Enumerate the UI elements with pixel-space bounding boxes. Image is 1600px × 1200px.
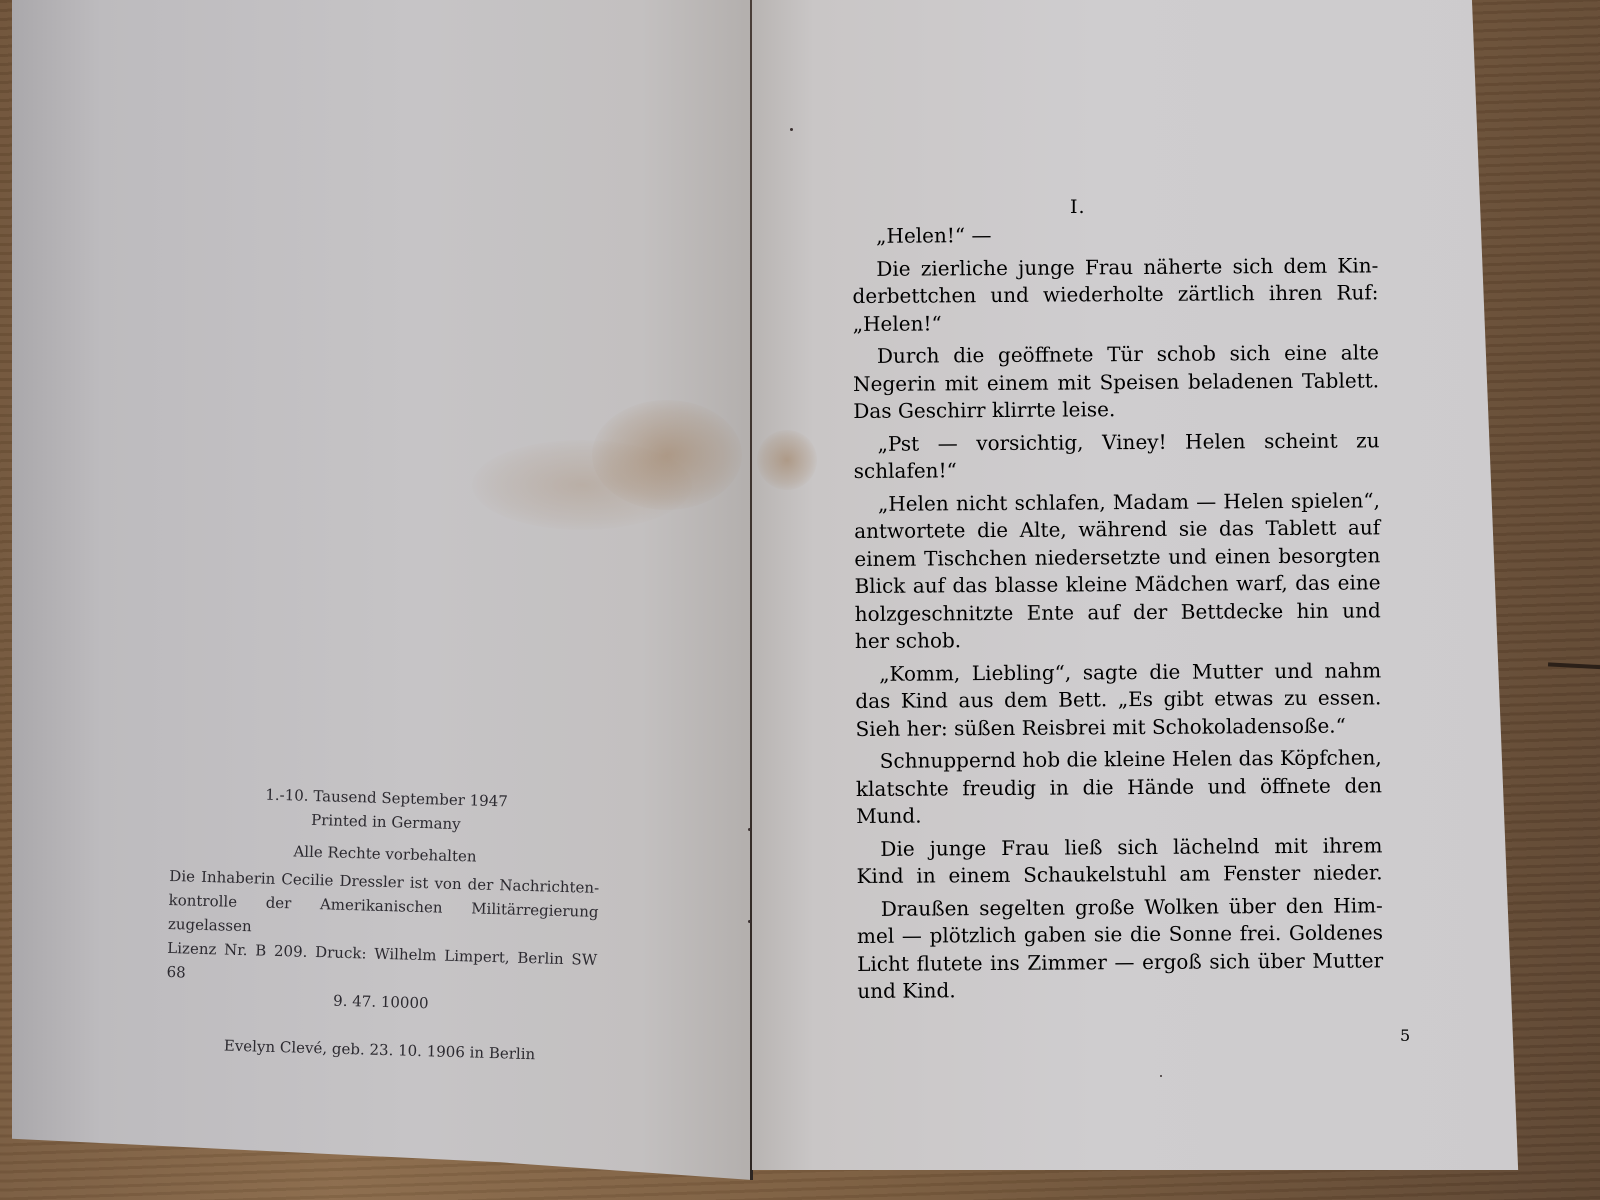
- text-line: einem Tischchen niedersetzte und einen b…: [830, 542, 1380, 573]
- paragraph: Schnuppernd hob die kleine Helen das Köp…: [832, 744, 1383, 830]
- paragraph: „Pst — vorsichtig, Viney! Helen scheint …: [829, 427, 1379, 486]
- text-line: „Komm, Liebling“, sagte die Mutter und n…: [831, 657, 1381, 688]
- text-line: Sieh her: süßen Reisbrei mit Schokoladen…: [831, 712, 1381, 743]
- text-line: Schnuppernd hob die kleine Helen das Köp…: [832, 744, 1382, 775]
- left-page: 1.-10. Tausend September 1947 Printed in…: [12, 0, 752, 1180]
- paper-speck: [748, 920, 751, 923]
- paper-speck: [1160, 1075, 1162, 1077]
- text-line: Die junge Frau ließ sich lächelnd mit ih…: [832, 832, 1382, 863]
- paragraph: Die junge Frau ließ sich lächelnd mit ih…: [832, 832, 1382, 891]
- paper-speck: [748, 828, 751, 831]
- text-line: das Kind aus dem Bett. „Es gibt etwas zu…: [831, 684, 1381, 715]
- text-line: derbettchen und wiederholte zärtlich ihr…: [828, 279, 1378, 310]
- text-line: Durch die geöffnete Tür schob sich eine …: [829, 339, 1379, 370]
- water-stain-right: [757, 430, 817, 490]
- text-line: Das Geschirr klirrte leise.: [829, 394, 1379, 425]
- text-line: antwortete die Alte, während sie das Tab…: [830, 514, 1380, 545]
- paragraph: „Komm, Liebling“, sagte die Mutter und n…: [831, 657, 1382, 743]
- text-line: Mund.: [832, 799, 1382, 830]
- water-stain-faint: [472, 440, 692, 530]
- paper-speck: [790, 128, 793, 131]
- text-line: klatschte freudig in die Hände und öffne…: [832, 772, 1382, 803]
- text-line: „Helen nicht schlafen, Madam — Helen spi…: [830, 487, 1380, 518]
- text-line: Kind in einem Schaukelstuhl am Fenster n…: [832, 859, 1382, 890]
- page-number: 5: [1400, 1026, 1410, 1045]
- paragraph: Die zierliche junge Frau näherte sich de…: [828, 252, 1379, 338]
- text-line: Die zierliche junge Frau näherte sich de…: [828, 252, 1378, 283]
- open-book: 1.-10. Tausend September 1947 Printed in…: [0, 0, 1600, 1200]
- text-line: Negerin mit einem mit Speisen beladenen …: [829, 367, 1379, 398]
- text-line: „Pst — vorsichtig, Viney! Helen scheint …: [829, 427, 1379, 458]
- text-line: schlafen!“: [830, 454, 1380, 485]
- paragraph: „Helen nicht schlafen, Madam — Helen spi…: [830, 487, 1381, 656]
- text-line: holzgeschnitzte Ente auf der Bettdecke h…: [831, 597, 1381, 628]
- text-line: her schob.: [831, 624, 1381, 655]
- text-line: und Kind.: [833, 974, 1383, 1005]
- text-line: mel — plötzlich gaben sie die Sonne frei…: [833, 919, 1383, 950]
- paragraph: „Helen!“ —: [852, 219, 1378, 250]
- paragraph: Draußen segelten große Wolken über den H…: [833, 892, 1384, 1006]
- imprint-block: 1.-10. Tausend September 1947 Printed in…: [164, 780, 602, 1068]
- text-line: Blick auf das blasse kleine Mädchen warf…: [830, 569, 1380, 600]
- chapter-body: „Helen!“ — Die zierliche junge Frau nähe…: [852, 219, 1383, 1010]
- paragraph: Durch die geöffnete Tür schob sich eine …: [829, 339, 1380, 425]
- text-line: Draußen segelten große Wolken über den H…: [833, 892, 1383, 923]
- text-line: Licht flutete ins Zimmer — ergoß sich üb…: [833, 947, 1383, 978]
- text-line: „Helen!“ —: [852, 219, 1378, 250]
- author-note: Evelyn Clevé, geb. 23. 10. 1906 in Berli…: [164, 1032, 595, 1068]
- text-line: „Helen!“: [829, 307, 1379, 338]
- chapter-heading: I.: [1070, 196, 1086, 218]
